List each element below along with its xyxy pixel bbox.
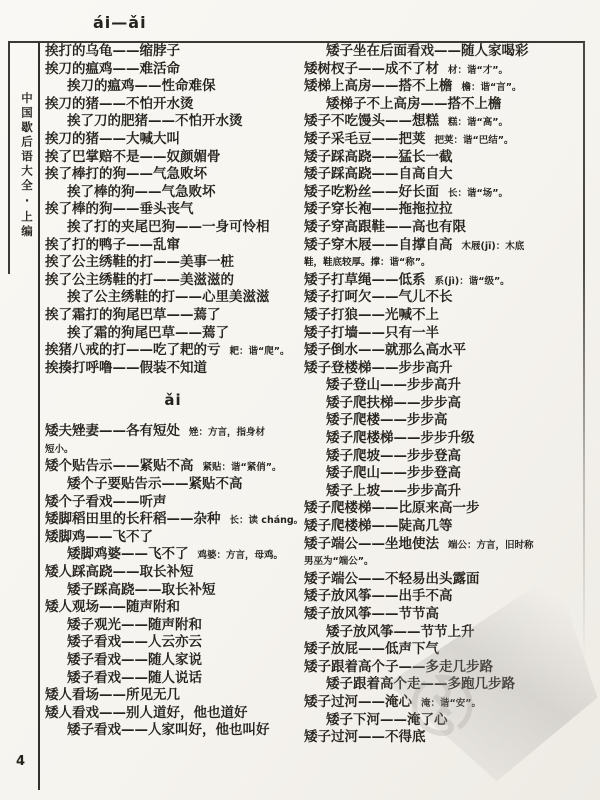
xiehouyu-entry-variant: 矮子下河——淹了心 xyxy=(304,712,582,730)
entry-text: 矮子爬楼梯——比原来高一步 xyxy=(304,500,480,516)
entry-text: 矮子放风筝——节节高 xyxy=(304,606,439,622)
xiehouyu-entry-variant: 矮子看戏——人云亦云 xyxy=(45,634,301,652)
xiehouyu-entry-variant: 挨刀的瘟鸡——性命难保 xyxy=(45,78,301,96)
xiehouyu-entry-variant: 矮子跟着高个走——多跑几步路 xyxy=(304,676,582,694)
xiehouyu-entry-variant: 挨了霜的狗尾巴草——蔫了 xyxy=(45,325,301,343)
xiehouyu-entry-variant: 矮子踩高跷——取长补短 xyxy=(45,582,301,600)
entry-text: 矮子倒水——就那么高水平 xyxy=(304,342,466,358)
xiehouyu-entry: 矮子打草绳——低系系(jì)：谐“级”。 xyxy=(304,272,582,290)
entry-text: 矮子爬楼——步步高 xyxy=(326,412,448,428)
entry-annotation: 糕：谐“高”。 xyxy=(448,117,508,128)
xiehouyu-entry: 矮夫矬妻——各有短处矬：方言，指身材 xyxy=(45,423,301,441)
book-title-sidebar: 中国歇后语大全·上编 xyxy=(11,56,35,276)
entry-text: 矮人看场——所见无几 xyxy=(45,687,180,703)
xiehouyu-entry-variant: 挨了公主绣鞋的打——心里美滋滋 xyxy=(45,289,301,307)
entry-text: 矮子过河——淹心 xyxy=(304,694,412,710)
entry-text: 矮人踩高跷——取长补短 xyxy=(45,564,194,580)
note-continuation: 鞋，鞋底较厚。撑：谐“称”。 xyxy=(304,254,582,272)
xiehouyu-entry: 矮子倒水——就那么高水平 xyxy=(304,342,582,360)
xiehouyu-entry: 矮树杈子——成不了材材：谐“才”。 xyxy=(304,61,582,79)
xiehouyu-entry: 挨揍打呼噜——假装不知道 xyxy=(45,360,301,378)
entry-annotation: 把荚：谐“巴结”。 xyxy=(435,135,514,146)
xiehouyu-entry: 矮子吃粉丝——好长面长：谐“场”。 xyxy=(304,184,582,202)
entry-text: 矮子踩高跷——自高自大 xyxy=(304,166,453,182)
entry-text: 矮个子看戏——听声 xyxy=(45,494,167,510)
xiehouyu-entry-variant: 矮子上坡——步步高升 xyxy=(304,483,582,501)
entry-text: 矮子观光——随声附和 xyxy=(67,617,202,633)
xiehouyu-entry: 矮子放屁——低声下气 xyxy=(304,641,582,659)
xiehouyu-entry: 挨了棒的狗——垂头丧气 xyxy=(45,201,301,219)
entry-text: 矮人看戏——别人道好，他也道好 xyxy=(45,705,248,721)
entry-annotation: 鸡婆：方言，母鸡。 xyxy=(198,550,284,561)
xiehouyu-entry: 矮子过河——淹心淹：谐“安”。 xyxy=(304,694,582,712)
note-continuation: 男巫为“端公”。 xyxy=(304,553,582,571)
entry-text: 矮子放风筝——出手不高 xyxy=(304,588,453,604)
entry-text: 矮子坐在后面看戏——随人家喝彩 xyxy=(326,43,529,59)
entry-text: 挨了公主绣鞋的打——美滋滋的 xyxy=(45,272,234,288)
entry-annotation: 淹：谐“安”。 xyxy=(421,698,481,709)
entry-text: 矮子爬楼梯——步步升级 xyxy=(326,430,475,446)
entry-text: 矮子踩高跷——猛长一截 xyxy=(304,149,453,165)
xiehouyu-entry: 矮人观场——随声附和 xyxy=(45,599,301,617)
left-text-column: 挨打的乌龟——缩脖子 挨刀的瘟鸡——难活命 挨刀的瘟鸡——性命难保 挨刀的猪——… xyxy=(45,43,301,740)
entry-text: 矮脚鸡婆——飞不了 xyxy=(67,546,189,562)
right-text-column: 矮子坐在后面看戏——随人家喝彩 矮树杈子——成不了材材：谐“才”。 矮梯上高房—… xyxy=(304,43,582,747)
xiehouyu-entry: 矮梯上高房——搭不上檐檐：谐“言”。 xyxy=(304,78,582,96)
entry-text: 矮子爬扶梯——步步高 xyxy=(326,395,461,411)
xiehouyu-entry: 矮子穿木屐——自撑自高木屐(jī)：木底 xyxy=(304,237,582,255)
entry-text: 矮子打墙——只有一半 xyxy=(304,325,439,341)
xiehouyu-entry-variant: 矮子爬扶梯——步步高 xyxy=(304,395,582,413)
entry-text: 矮脚鸡——飞不了 xyxy=(45,529,153,545)
xiehouyu-entry-variant: 挨了打的夹尾巴狗——一身可怜相 xyxy=(45,219,301,237)
entry-text: 挨了公主绣鞋的打——美事一桩 xyxy=(45,254,234,270)
entry-text: 矮子看戏——人云亦云 xyxy=(67,634,202,650)
section-header: ǎi xyxy=(45,377,301,423)
entry-text: 挨打的乌龟——缩脖子 xyxy=(45,43,180,59)
entry-annotation: 木屐(jī)：木底 xyxy=(462,241,525,252)
entry-text: 挨了打的鸭子——乱窜 xyxy=(45,237,180,253)
xiehouyu-entry: 矮子登楼梯——步步高升 xyxy=(304,360,582,378)
xiehouyu-entry: 挨刀的瘟鸡——难活命 xyxy=(45,61,301,79)
entry-text: 挨了霜的狗尾巴草——蔫了 xyxy=(67,325,229,341)
xiehouyu-entry: 矮个贴告示——紧贴不高紧贴：谐“紧俏”。 xyxy=(45,458,301,476)
entry-text: 矮子爬坡——步步登高 xyxy=(326,448,461,464)
left-outer-border xyxy=(8,42,10,274)
entry-text: 矮子采毛豆——把荚 xyxy=(304,131,426,147)
entry-annotation: 矬：方言，指身材 xyxy=(189,427,265,438)
xiehouyu-entry: 矮子踩高跷——猛长一截 xyxy=(304,149,582,167)
entry-annotation: 长：读 cháng。 xyxy=(230,515,304,526)
entry-text: 矮子跟着高个走——多跑几步路 xyxy=(326,676,515,692)
entry-text: 男巫为“端公”。 xyxy=(304,556,374,567)
entry-text: 矮梯上高房——搭不上檐 xyxy=(304,78,453,94)
entry-text: 挨了打的夹尾巴狗——一身可怜相 xyxy=(67,219,270,235)
xiehouyu-entry: 矮子采毛豆——把荚把荚：谐“巴结”。 xyxy=(304,131,582,149)
xiehouyu-entry: 挨了公主绣鞋的打——美滋滋的 xyxy=(45,272,301,290)
xiehouyu-entry-variant: 矮子看戏——随人家说 xyxy=(45,652,301,670)
entry-text: 矮子放风筝——节节上升 xyxy=(326,624,475,640)
entry-text: 矮子穿木屐——自撑自高 xyxy=(304,237,453,253)
page-header-pinyin: ái—ǎi xyxy=(93,13,147,32)
xiehouyu-entry: 矮子放风筝——节节高 xyxy=(304,606,582,624)
entry-text: 矮子看戏——随人说话 xyxy=(67,670,202,686)
xiehouyu-entry: 矮子端公——不轻易出头露面 xyxy=(304,571,582,589)
xiehouyu-entry: 矮脚稻田里的长秆稻——杂种长：读 cháng。 xyxy=(45,511,301,529)
entry-annotation: 系(jì)：谐“级”。 xyxy=(435,276,510,287)
xiehouyu-entry: 矮子不吃馒头——想糕糕：谐“高”。 xyxy=(304,113,582,131)
entry-annotation: 材：谐“才”。 xyxy=(448,65,508,76)
entry-text: 矮脚稻田里的长秆稻——杂种 xyxy=(45,511,221,527)
xiehouyu-entry: 矮子跟着高个子——多走几步路 xyxy=(304,659,582,677)
entry-text: 矮子上坡——步步高升 xyxy=(326,483,461,499)
xiehouyu-entry: 挨打的乌龟——缩脖子 xyxy=(45,43,301,61)
entry-text: 挨刀的瘟鸡——性命难保 xyxy=(67,78,216,94)
entry-text: 矮子不吃馒头——想糕 xyxy=(304,113,439,129)
xiehouyu-entry-variant: 矮子看戏——人家叫好，他也叫好 xyxy=(45,722,301,740)
xiehouyu-entry: 矮子打狼——光喊不上 xyxy=(304,307,582,325)
entry-text: 挨刀的猪——大喊大叫 xyxy=(45,131,180,147)
xiehouyu-entry: 挨了巴掌赔不是——奴颜媚骨 xyxy=(45,149,301,167)
entry-text: 矮子吃粉丝——好长面 xyxy=(304,184,439,200)
entry-text: 矮子看戏——随人家说 xyxy=(67,652,202,668)
xiehouyu-entry: 挨了棒打的狗——气急败坏 xyxy=(45,166,301,184)
xiehouyu-entry-variant: 挨了刀的肥猪——不怕开水烫 xyxy=(45,113,301,131)
entry-annotation: 端公：方言，旧时称 xyxy=(448,540,534,551)
entry-text: 矮夫矬妻——各有短处 xyxy=(45,423,180,439)
xiehouyu-entry: 挨刀的猪——大喊大叫 xyxy=(45,131,301,149)
entry-text: 矮子打狼——光喊不上 xyxy=(304,307,439,323)
xiehouyu-entry-variant: 矮子爬楼梯——步步升级 xyxy=(304,430,582,448)
xiehouyu-entry-variant: 矮梯子不上高房——搭不上檐 xyxy=(304,96,582,114)
entry-text: 矮子下河——淹了心 xyxy=(326,712,448,728)
entry-text: 挨猪八戒的打——吃了耙的亏 xyxy=(45,342,221,358)
entry-annotation: 紧贴：谐“紧俏”。 xyxy=(203,462,282,473)
xiehouyu-entry: 矮脚鸡——飞不了 xyxy=(45,529,301,547)
xiehouyu-entry-variant: 矮子观光——随声附和 xyxy=(45,617,301,635)
entry-text: 矮子登山——步步高升 xyxy=(326,377,461,393)
entry-text: 矮子过河——不得底 xyxy=(304,729,426,745)
entry-text: 短小。 xyxy=(45,444,74,455)
xiehouyu-entry: 矮人看场——所见无几 xyxy=(45,687,301,705)
xiehouyu-entry: 挨了霜打的狗尾巴草——蔫了 xyxy=(45,307,301,325)
xiehouyu-entry: 矮子打呵欠——气儿不长 xyxy=(304,289,582,307)
entry-text: 矮子爬楼梯——陡高几等 xyxy=(304,518,453,534)
entry-annotation: 耙：谐“爬”。 xyxy=(230,346,290,357)
xiehouyu-entry-variant: 矮子登山——步步高升 xyxy=(304,377,582,395)
xiehouyu-entry: 矮子踩高跷——自高自大 xyxy=(304,166,582,184)
entry-annotation: 长：谐“场”。 xyxy=(448,188,508,199)
entry-text: 矮子爬山——步步登高 xyxy=(326,465,461,481)
xiehouyu-entry: 矮子穿长袍——拖拖拉拉 xyxy=(304,201,582,219)
xiehouyu-entry-variant: 矮子看戏——随人说话 xyxy=(45,670,301,688)
entry-text: 矮子跟着高个子——多走几步路 xyxy=(304,659,493,675)
entry-text: 矮梯子不上高房——搭不上檐 xyxy=(326,96,502,112)
entry-text: 矮子端公——坐地使法 xyxy=(304,536,439,552)
entry-text: 矮子打草绳——低系 xyxy=(304,272,426,288)
entry-text: 挨揍打呼噜——假装不知道 xyxy=(45,360,207,376)
entry-text: 矮子穿长袍——拖拖拉拉 xyxy=(304,201,453,217)
entry-text: 挨了刀的肥猪——不怕开水烫 xyxy=(67,113,243,129)
xiehouyu-entry-variant: 矮子爬坡——步步登高 xyxy=(304,448,582,466)
entry-text: 鞋，鞋底较厚。撑：谐“称”。 xyxy=(304,257,431,268)
entry-text: 矮子打呵欠——气儿不长 xyxy=(304,289,453,305)
xiehouyu-entry: 矮人踩高跷——取长补短 xyxy=(45,564,301,582)
entry-text: 挨刀的猪——不怕开水烫 xyxy=(45,96,194,112)
entry-text: 矮子端公——不轻易出头露面 xyxy=(304,571,480,587)
xiehouyu-entry: 矮子端公——坐地使法端公：方言，旧时称 xyxy=(304,536,582,554)
entry-text: 挨了棒打的狗——气急败坏 xyxy=(45,166,207,182)
entry-text: 挨了巴掌赔不是——奴颜媚骨 xyxy=(45,149,221,165)
xiehouyu-entry-variant: 挨了棒的狗——气急败坏 xyxy=(45,184,301,202)
xiehouyu-entry-variant: 矮脚鸡婆——飞不了鸡婆：方言，母鸡。 xyxy=(45,546,301,564)
entry-text: 矮子看戏——人家叫好，他也叫好 xyxy=(67,722,270,738)
right-page-border xyxy=(583,42,585,662)
xiehouyu-entry: 矮个子看戏——听声 xyxy=(45,494,301,512)
xiehouyu-entry: 挨刀的猪——不怕开水烫 xyxy=(45,96,301,114)
entry-text: 矮子穿高跟鞋——高也有限 xyxy=(304,219,466,235)
entry-text: 矮子踩高跷——取长补短 xyxy=(67,582,216,598)
xiehouyu-entry-variant: 矮子坐在后面看戏——随人家喝彩 xyxy=(304,43,582,61)
entry-text: 矮个贴告示——紧贴不高 xyxy=(45,458,194,474)
entry-text: 矮树杈子——成不了材 xyxy=(304,61,439,77)
entry-text: 挨了公主绣鞋的打——心里美滋滋 xyxy=(67,289,270,305)
xiehouyu-entry-variant: 矮个子要贴告示——紧贴不高 xyxy=(45,476,301,494)
xiehouyu-entry: 矮子放风筝——出手不高 xyxy=(304,588,582,606)
xiehouyu-entry-variant: 矮子爬楼——步步高 xyxy=(304,412,582,430)
xiehouyu-entry: 矮子爬楼梯——陡高几等 xyxy=(304,518,582,536)
entry-text: 挨刀的瘟鸡——难活命 xyxy=(45,61,180,77)
xiehouyu-entry-variant: 矮子爬山——步步登高 xyxy=(304,465,582,483)
left-margin-rule xyxy=(38,42,40,790)
xiehouyu-entry: 矮子打墙——只有一半 xyxy=(304,325,582,343)
xiehouyu-entry: 挨猪八戒的打——吃了耙的亏耙：谐“爬”。 xyxy=(45,342,301,360)
xiehouyu-entry: 矮子穿高跟鞋——高也有限 xyxy=(304,219,582,237)
book-page: ái—ǎi 中国歇后语大全·上编 挨打的乌龟——缩脖子 挨刀的瘟鸡——难活命 挨… xyxy=(0,0,600,800)
xiehouyu-entry: 挨了打的鸭子——乱窜 xyxy=(45,237,301,255)
xiehouyu-entry: 矮子过河——不得底 xyxy=(304,729,582,747)
xiehouyu-entry: 矮人看戏——别人道好，他也道好 xyxy=(45,705,301,723)
xiehouyu-entry: 矮子爬楼梯——比原来高一步 xyxy=(304,500,582,518)
xiehouyu-entry: 挨了公主绣鞋的打——美事一桩 xyxy=(45,254,301,272)
entry-text: 矮个子要贴告示——紧贴不高 xyxy=(67,476,243,492)
entry-text: ǎi xyxy=(164,391,181,409)
page-number: 4 xyxy=(16,754,25,769)
entry-annotation: 檐：谐“言”。 xyxy=(462,82,522,93)
entry-text: 矮子放屁——低声下气 xyxy=(304,641,439,657)
entry-text: 挨了棒的狗——垂头丧气 xyxy=(45,201,194,217)
entry-text: 挨了霜打的狗尾巴草——蔫了 xyxy=(45,307,221,323)
entry-text: 矮子登楼梯——步步高升 xyxy=(304,360,453,376)
xiehouyu-entry-variant: 矮子放风筝——节节上升 xyxy=(304,624,582,642)
entry-text: 挨了棒的狗——气急败坏 xyxy=(67,184,216,200)
note-continuation: 短小。 xyxy=(45,441,301,459)
entry-text: 矮人观场——随声附和 xyxy=(45,599,180,615)
